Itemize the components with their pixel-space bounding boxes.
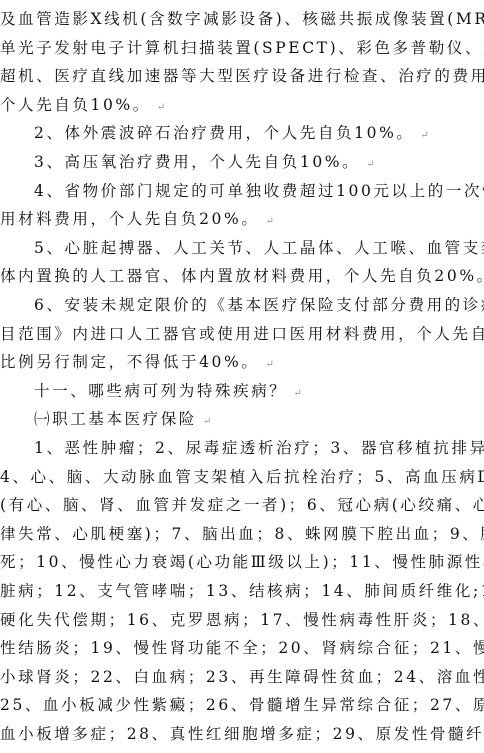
- line-text: 律失常、心肌梗塞)；7、脑出血；8、蛛网膜下腔出血；9、脑梗: [0, 525, 484, 543]
- document-line: 2、体外震波碎石治疗费用，个人先自负10%。↵: [0, 119, 484, 148]
- line-text: 死；10、慢性心力衰竭(心功能Ⅲ级以上)；11、慢性肺源性心: [0, 553, 484, 571]
- line-text: 3、高压氧治疗费用，个人先自负10%。: [34, 153, 360, 171]
- paragraph-mark-icon: ↵: [157, 102, 165, 113]
- line-text: 超机、医疗直线加速器等大型医疗设备进行检查、治疗的费用，: [0, 67, 484, 85]
- line-text: 及血管造影X线机(含数字减影设备)、核磁共振成像装置(MRI)、: [0, 10, 484, 28]
- document-line: 用材料费用，个人先自负20%。↵: [0, 205, 484, 234]
- document-line: 及血管造影X线机(含数字减影设备)、核磁共振成像装置(MRI)、: [0, 5, 484, 34]
- document-line: 体内置换的人工器官、体内置放材料费用，个人先自负20%。↵: [0, 262, 484, 291]
- document-line: 死；10、慢性心力衰竭(心功能Ⅲ级以上)；11、慢性肺源性心: [0, 548, 484, 577]
- line-text: 4、心、脑、大动脉血管支架植入后抗栓治疗；5、高血压病Ⅲ期: [0, 468, 484, 486]
- paragraph-mark-icon: ↵: [366, 159, 374, 170]
- document-line: 1、恶性肿瘤；2、尿毒症透析治疗；3、器官移植抗排异治疗；: [0, 434, 484, 463]
- document-line: 3、高压氧治疗费用，个人先自负10%。↵: [0, 148, 484, 177]
- paragraph-mark-icon: ↵: [293, 388, 301, 399]
- document-line: 性结肠炎；19、慢性肾功能不全；20、肾病综合征；21、慢性肾: [0, 634, 484, 663]
- line-text: 25、血小板减少性紫癜；26、骨髓增生异常综合征；27、原发性: [0, 696, 484, 714]
- line-text: 比例另行制定，不得低于40%。: [0, 353, 259, 371]
- line-text: 6、安装未规定限价的《基本医疗保险支付部分费用的诊疗项: [34, 296, 484, 314]
- line-text: 1、恶性肿瘤；2、尿毒症透析治疗；3、器官移植抗排异治疗；: [34, 439, 484, 457]
- paragraph-mark-icon: ↵: [265, 216, 273, 227]
- document-line: 个人先自负10%。↵: [0, 91, 484, 120]
- line-text: 个人先自负10%。: [0, 96, 151, 114]
- document-line: 比例另行制定，不得低于40%。↵: [0, 348, 484, 377]
- line-text: ㈠职工基本医疗保险: [34, 410, 197, 428]
- line-text: (有心、脑、肾、血管并发症之一者)；6、冠心病(心绞痛、心: [0, 496, 484, 514]
- line-text: 4、省物价部门规定的可单独收费超过100元以上的一次性医: [34, 182, 484, 200]
- document-line: 脏病；12、支气管哮喘；13、结核病；14、肺间质纤维化;15、肝: [0, 577, 484, 606]
- line-text: 血小板增多症；28、真性红细胞增多症；29、原发性骨髓纤维化: [0, 725, 484, 743]
- line-text: 脏病；12、支气管哮喘；13、结核病；14、肺间质纤维化;15、肝: [0, 582, 484, 600]
- document-line: 小球肾炎；22、白血病；23、再生障碍性贫血；24、溶血性贫血；: [0, 663, 484, 692]
- line-text: 单光子发射电子计算机扫描装置(SPECT)、彩色多普勒仪、彩色B: [0, 39, 484, 57]
- line-text: 5、心脏起搏器、人工关节、人工晶体、人工喉、血管支架等: [34, 239, 484, 257]
- document-line: 血小板增多症；28、真性红细胞增多症；29、原发性骨髓纤维化: [0, 720, 484, 749]
- document-line: 硬化失代偿期；16、克罗恩病；17、慢性病毒性肝炎；18、溃疡: [0, 606, 484, 635]
- document-line: 律失常、心肌梗塞)；7、脑出血；8、蛛网膜下腔出血；9、脑梗: [0, 520, 484, 549]
- document-line: 4、心、脑、大动脉血管支架植入后抗栓治疗；5、高血压病Ⅲ期: [0, 463, 484, 492]
- line-text: 硬化失代偿期；16、克罗恩病；17、慢性病毒性肝炎；18、溃疡: [0, 611, 484, 629]
- document-line: 单光子发射电子计算机扫描装置(SPECT)、彩色多普勒仪、彩色B: [0, 34, 484, 63]
- paragraph-mark-icon: ↵: [265, 359, 273, 370]
- line-text: 2、体外震波碎石治疗费用，个人先自负10%。: [34, 124, 415, 142]
- document-line: 十一、哪些病可列为特殊疾病？↵: [0, 377, 484, 406]
- document-line: ㈠职工基本医疗保险↵: [0, 405, 484, 434]
- document-line: 6、安装未规定限价的《基本医疗保险支付部分费用的诊疗项: [0, 291, 484, 320]
- document-line: 25、血小板减少性紫癜；26、骨髓增生异常综合征；27、原发性: [0, 691, 484, 720]
- line-text: 小球肾炎；22、白血病；23、再生障碍性贫血；24、溶血性贫血；: [0, 668, 484, 686]
- document-line: 目范围》内进口人工器官或使用进口医用材料费用，个人先自负: [0, 320, 484, 349]
- line-text: 目范围》内进口人工器官或使用进口医用材料费用，个人先自负: [0, 325, 484, 343]
- document-line: 5、心脏起搏器、人工关节、人工晶体、人工喉、血管支架等: [0, 234, 484, 263]
- document-line: (有心、脑、肾、血管并发症之一者)；6、冠心病(心绞痛、心: [0, 491, 484, 520]
- line-text: 体内置换的人工器官、体内置放材料费用，个人先自负20%。: [0, 267, 484, 285]
- line-text: 用材料费用，个人先自负20%。: [0, 210, 259, 228]
- paragraph-mark-icon: ↵: [421, 130, 429, 141]
- line-text: 性结肠炎；19、慢性肾功能不全；20、肾病综合征；21、慢性肾: [0, 639, 484, 657]
- line-text: 十一、哪些病可列为特殊疾病？: [34, 382, 287, 400]
- paragraph-mark-icon: ↵: [203, 416, 211, 427]
- document-line: 4、省物价部门规定的可单独收费超过100元以上的一次性医: [0, 177, 484, 206]
- document-line: 超机、医疗直线加速器等大型医疗设备进行检查、治疗的费用，: [0, 62, 484, 91]
